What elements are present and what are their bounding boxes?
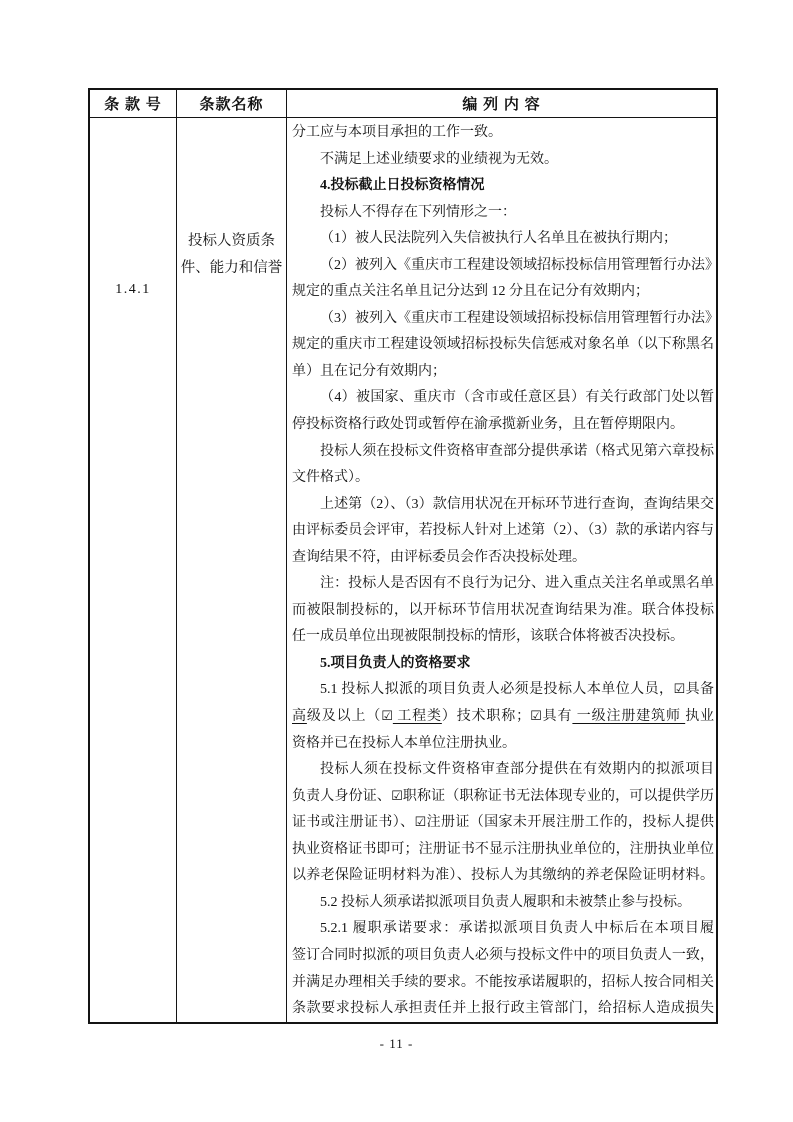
- clause-name-line: 件、能力和信誉: [177, 255, 286, 282]
- content-line: 投标人须在投标文件资格审查部分提供承诺（格式见第六章投标: [292, 439, 714, 466]
- page-number: - 11 -: [0, 1036, 793, 1052]
- text-run: 5.2 投标人须承诺拟派项目负责人履职和未被禁止参与投标。: [320, 895, 691, 910]
- content-line: 5.2.1 履职承诺要求：承诺拟派项目负责人中标后在本项目履职，: [292, 916, 714, 943]
- text-run: 投标人须在投标文件资格审查部分提供承诺（格式见第六章投标: [320, 444, 714, 459]
- text-run: 条款要求投标人承担责任并上报行政主管部门，给招标人造成损失: [292, 1001, 714, 1016]
- text-run: 投标人不得存在下列情形之一：: [320, 205, 516, 220]
- content-line: 任一成员单位出现被限制投标的情形，该联合体将被否决投标。: [292, 624, 714, 651]
- content-line: 停投标资格行政处罚或暂停在渝承揽新业务，且在暂停期限内。: [292, 412, 714, 439]
- text-run: （1）被人民法院列入失信被执行人名单且在被执行期内；: [320, 231, 677, 246]
- content-line: 高级及以上（☑ 工程类）技术职称；☑具有 一级注册建筑师 执业: [292, 704, 714, 731]
- text-run: （3）被列入《重庆市工程建设领域招标投标信用管理暂行办法》: [320, 311, 714, 326]
- clause-name-cell: 投标人资质条 件、能力和信誉: [177, 118, 287, 1022]
- text-run: 工程类: [393, 709, 442, 724]
- text-run: 具有: [542, 709, 573, 724]
- content-line: 投标人须在投标文件资格审查部分提供在有效期内的拟派项目: [292, 757, 714, 784]
- content-line: 注：投标人是否因有不良行为记分、进入重点关注名单或黑名单: [292, 571, 714, 598]
- text-run: 查询结果不符，由评标委员会作否决投标处理。: [292, 550, 586, 565]
- content-line: 由评标委员会评审，若投标人针对上述第（2）、（3）款的承诺内容与: [292, 518, 714, 545]
- text-run: 负责人身份证、: [292, 789, 391, 804]
- text-run: 执业资格证书即可；注册证书不显示注册执业单位的，注册执业单位: [292, 842, 714, 857]
- text-run: 注：投标人是否因有不良行为记分、进入重点关注名单或黑名单: [320, 576, 714, 591]
- content-line: （3）被列入《重庆市工程建设领域招标投标信用管理暂行办法》: [292, 306, 714, 333]
- text-run: 4.投标截止日投标资格情况: [320, 178, 485, 193]
- header-clause-name: 条款名称: [177, 90, 287, 117]
- text-run: 5.2.1 履职承诺要求：承诺拟派项目负责人中标后在本项目履职，: [320, 921, 714, 943]
- document-page: 条 款 号 条款名称 编 列 内 容 1.4.1 投标人资质条 件、能力和信誉 …: [0, 0, 793, 1122]
- checkbox-checked-icon: ☑: [391, 789, 403, 804]
- content-line: 5.项目负责人的资格要求: [292, 651, 714, 678]
- content-line: 负责人身份证、☑职称证（职称证书无法体现专业的，可以提供学历: [292, 784, 714, 811]
- clause-number-cell: 1.4.1: [90, 118, 177, 1022]
- text-run: 任一成员单位出现被限制投标的情形，该联合体将被否决投标。: [292, 629, 684, 644]
- content-line: 执业资格证书即可；注册证书不显示注册执业单位的，注册执业单位: [292, 837, 714, 864]
- text-run: 高: [292, 709, 307, 724]
- content-line: 投标人不得存在下列情形之一：: [292, 200, 714, 227]
- checkbox-checked-icon: ☑: [530, 709, 542, 724]
- text-run: 执业: [685, 709, 714, 724]
- content-line: 并满足办理相关手续的要求。不能按承诺履职的，招标人按合同相关: [292, 970, 714, 997]
- content-line: （4）被国家、重庆市（含市或任意区县）有关行政部门处以暂: [292, 385, 714, 412]
- checkbox-checked-icon: ☑: [381, 709, 393, 724]
- text-run: 不满足上述业绩要求的业绩视为无效。: [320, 152, 558, 167]
- content-line: 资格并已在投标人本单位注册执业。: [292, 731, 714, 758]
- text-run: 一级注册建筑师: [572, 709, 685, 724]
- text-run: 停投标资格行政处罚或暂停在渝承揽新业务，且在暂停期限内。: [292, 417, 684, 432]
- checkbox-checked-icon: ☑: [673, 682, 685, 697]
- text-run: 资格并已在投标人本单位注册执业。: [292, 736, 516, 751]
- text-run: 并满足办理相关手续的要求。不能按承诺履职的，招标人按合同相关: [292, 975, 714, 990]
- text-run: 上述第（2）、（3）款信用状况在开标环节进行查询，查询结果交: [320, 497, 714, 512]
- text-run: 规定的重点关注名单且记分达到 12 分且在记分有效期内；: [292, 284, 649, 299]
- content-line: 5.1 投标人拟派的项目负责人必须是投标人本单位人员，☑具备: [292, 677, 714, 704]
- content-line: 以养老保险证明材料为准）、投标人为其缴纳的养老保险证明材料。: [292, 863, 714, 890]
- text-run: 规定的重庆市工程建设领域招标投标失信惩戒对象名单（以下称黑名: [292, 337, 714, 352]
- content-line: （2）被列入《重庆市工程建设领域招标投标信用管理暂行办法》: [292, 253, 714, 280]
- clause-table: 条 款 号 条款名称 编 列 内 容 1.4.1 投标人资质条 件、能力和信誉 …: [88, 88, 718, 1024]
- header-content: 编 列 内 容: [287, 90, 716, 117]
- header-clause-number: 条 款 号: [90, 90, 177, 117]
- content-line: 文件格式）。: [292, 465, 714, 492]
- text-run: 单）且在记分有效期内；: [292, 364, 446, 379]
- text-run: 由评标委员会评审，若投标人针对上述第（2）、（3）款的承诺内容与: [292, 523, 714, 538]
- text-run: ）技术职称；: [442, 709, 530, 724]
- content-line: 签订合同时拟派的项目负责人必须与投标文件中的项目负责人一致，: [292, 943, 714, 970]
- content-line: 而被限制投标的，以开标环节信用状况查询结果为准。联合体投标的，: [292, 598, 714, 625]
- text-run: 分工应与本项目承担的工作一致。: [292, 125, 502, 140]
- content-line: 规定的重庆市工程建设领域招标投标失信惩戒对象名单（以下称黑名: [292, 332, 714, 359]
- checkbox-checked-icon: ☑: [415, 815, 427, 830]
- table-body-row: 1.4.1 投标人资质条 件、能力和信誉 分工应与本项目承担的工作一致。不满足上…: [90, 118, 716, 1022]
- text-run: 而被限制投标的，以开标环节信用状况查询结果为准。联合体投标的，: [292, 603, 714, 625]
- text-run: 投标人须在投标文件资格审查部分提供在有效期内的拟派项目: [320, 762, 714, 777]
- text-run: 职称证（职称证书无法体现专业的，可以提供学历: [403, 789, 714, 804]
- content-line: 5.2 投标人须承诺拟派项目负责人履职和未被禁止参与投标。: [292, 890, 714, 917]
- content-line: 单）且在记分有效期内；: [292, 359, 714, 386]
- content-line: 规定的重点关注名单且记分达到 12 分且在记分有效期内；: [292, 279, 714, 306]
- content-line: 4.投标截止日投标资格情况: [292, 173, 714, 200]
- text-run: 以养老保险证明材料为准）、投标人为其缴纳的养老保险证明材料。: [292, 868, 714, 883]
- content-cell: 分工应与本项目承担的工作一致。不满足上述业绩要求的业绩视为无效。4.投标截止日投…: [287, 118, 716, 1022]
- text-run: 文件格式）。: [292, 470, 369, 485]
- text-run: 5.项目负责人的资格要求: [320, 656, 471, 671]
- text-run: 级及以上（: [307, 709, 381, 724]
- content-line: 不满足上述业绩要求的业绩视为无效。: [292, 147, 714, 174]
- clause-name: 投标人资质条 件、能力和信誉: [177, 228, 286, 281]
- text-run: 具备: [685, 682, 714, 697]
- text-run: （4）被国家、重庆市（含市或任意区县）有关行政部门处以暂: [320, 390, 714, 405]
- text-run: 注册证（国家未开展注册工作的，投标人提供: [426, 815, 714, 830]
- content-line: （1）被人民法院列入失信被执行人名单且在被执行期内；: [292, 226, 714, 253]
- clause-number: 1.4.1: [90, 282, 176, 298]
- text-run: （2）被列入《重庆市工程建设领域招标投标信用管理暂行办法》: [320, 258, 714, 273]
- text-run: 签订合同时拟派的项目负责人必须与投标文件中的项目负责人一致，: [292, 948, 714, 963]
- clause-name-line: 投标人资质条: [177, 228, 286, 255]
- text-run: 5.1 投标人拟派的项目负责人必须是投标人本单位人员，: [320, 682, 673, 697]
- table-header-row: 条 款 号 条款名称 编 列 内 容: [90, 90, 716, 118]
- content-line: 证书或注册证书）、☑注册证（国家未开展注册工作的，投标人提供: [292, 810, 714, 837]
- content-line: 分工应与本项目承担的工作一致。: [292, 120, 714, 147]
- content-line: 上述第（2）、（3）款信用状况在开标环节进行查询，查询结果交: [292, 492, 714, 519]
- content-line: 查询结果不符，由评标委员会作否决投标处理。: [292, 545, 714, 572]
- text-run: 证书或注册证书）、: [292, 815, 415, 830]
- content-line: 条款要求投标人承担责任并上报行政主管部门，给招标人造成损失: [292, 996, 714, 1022]
